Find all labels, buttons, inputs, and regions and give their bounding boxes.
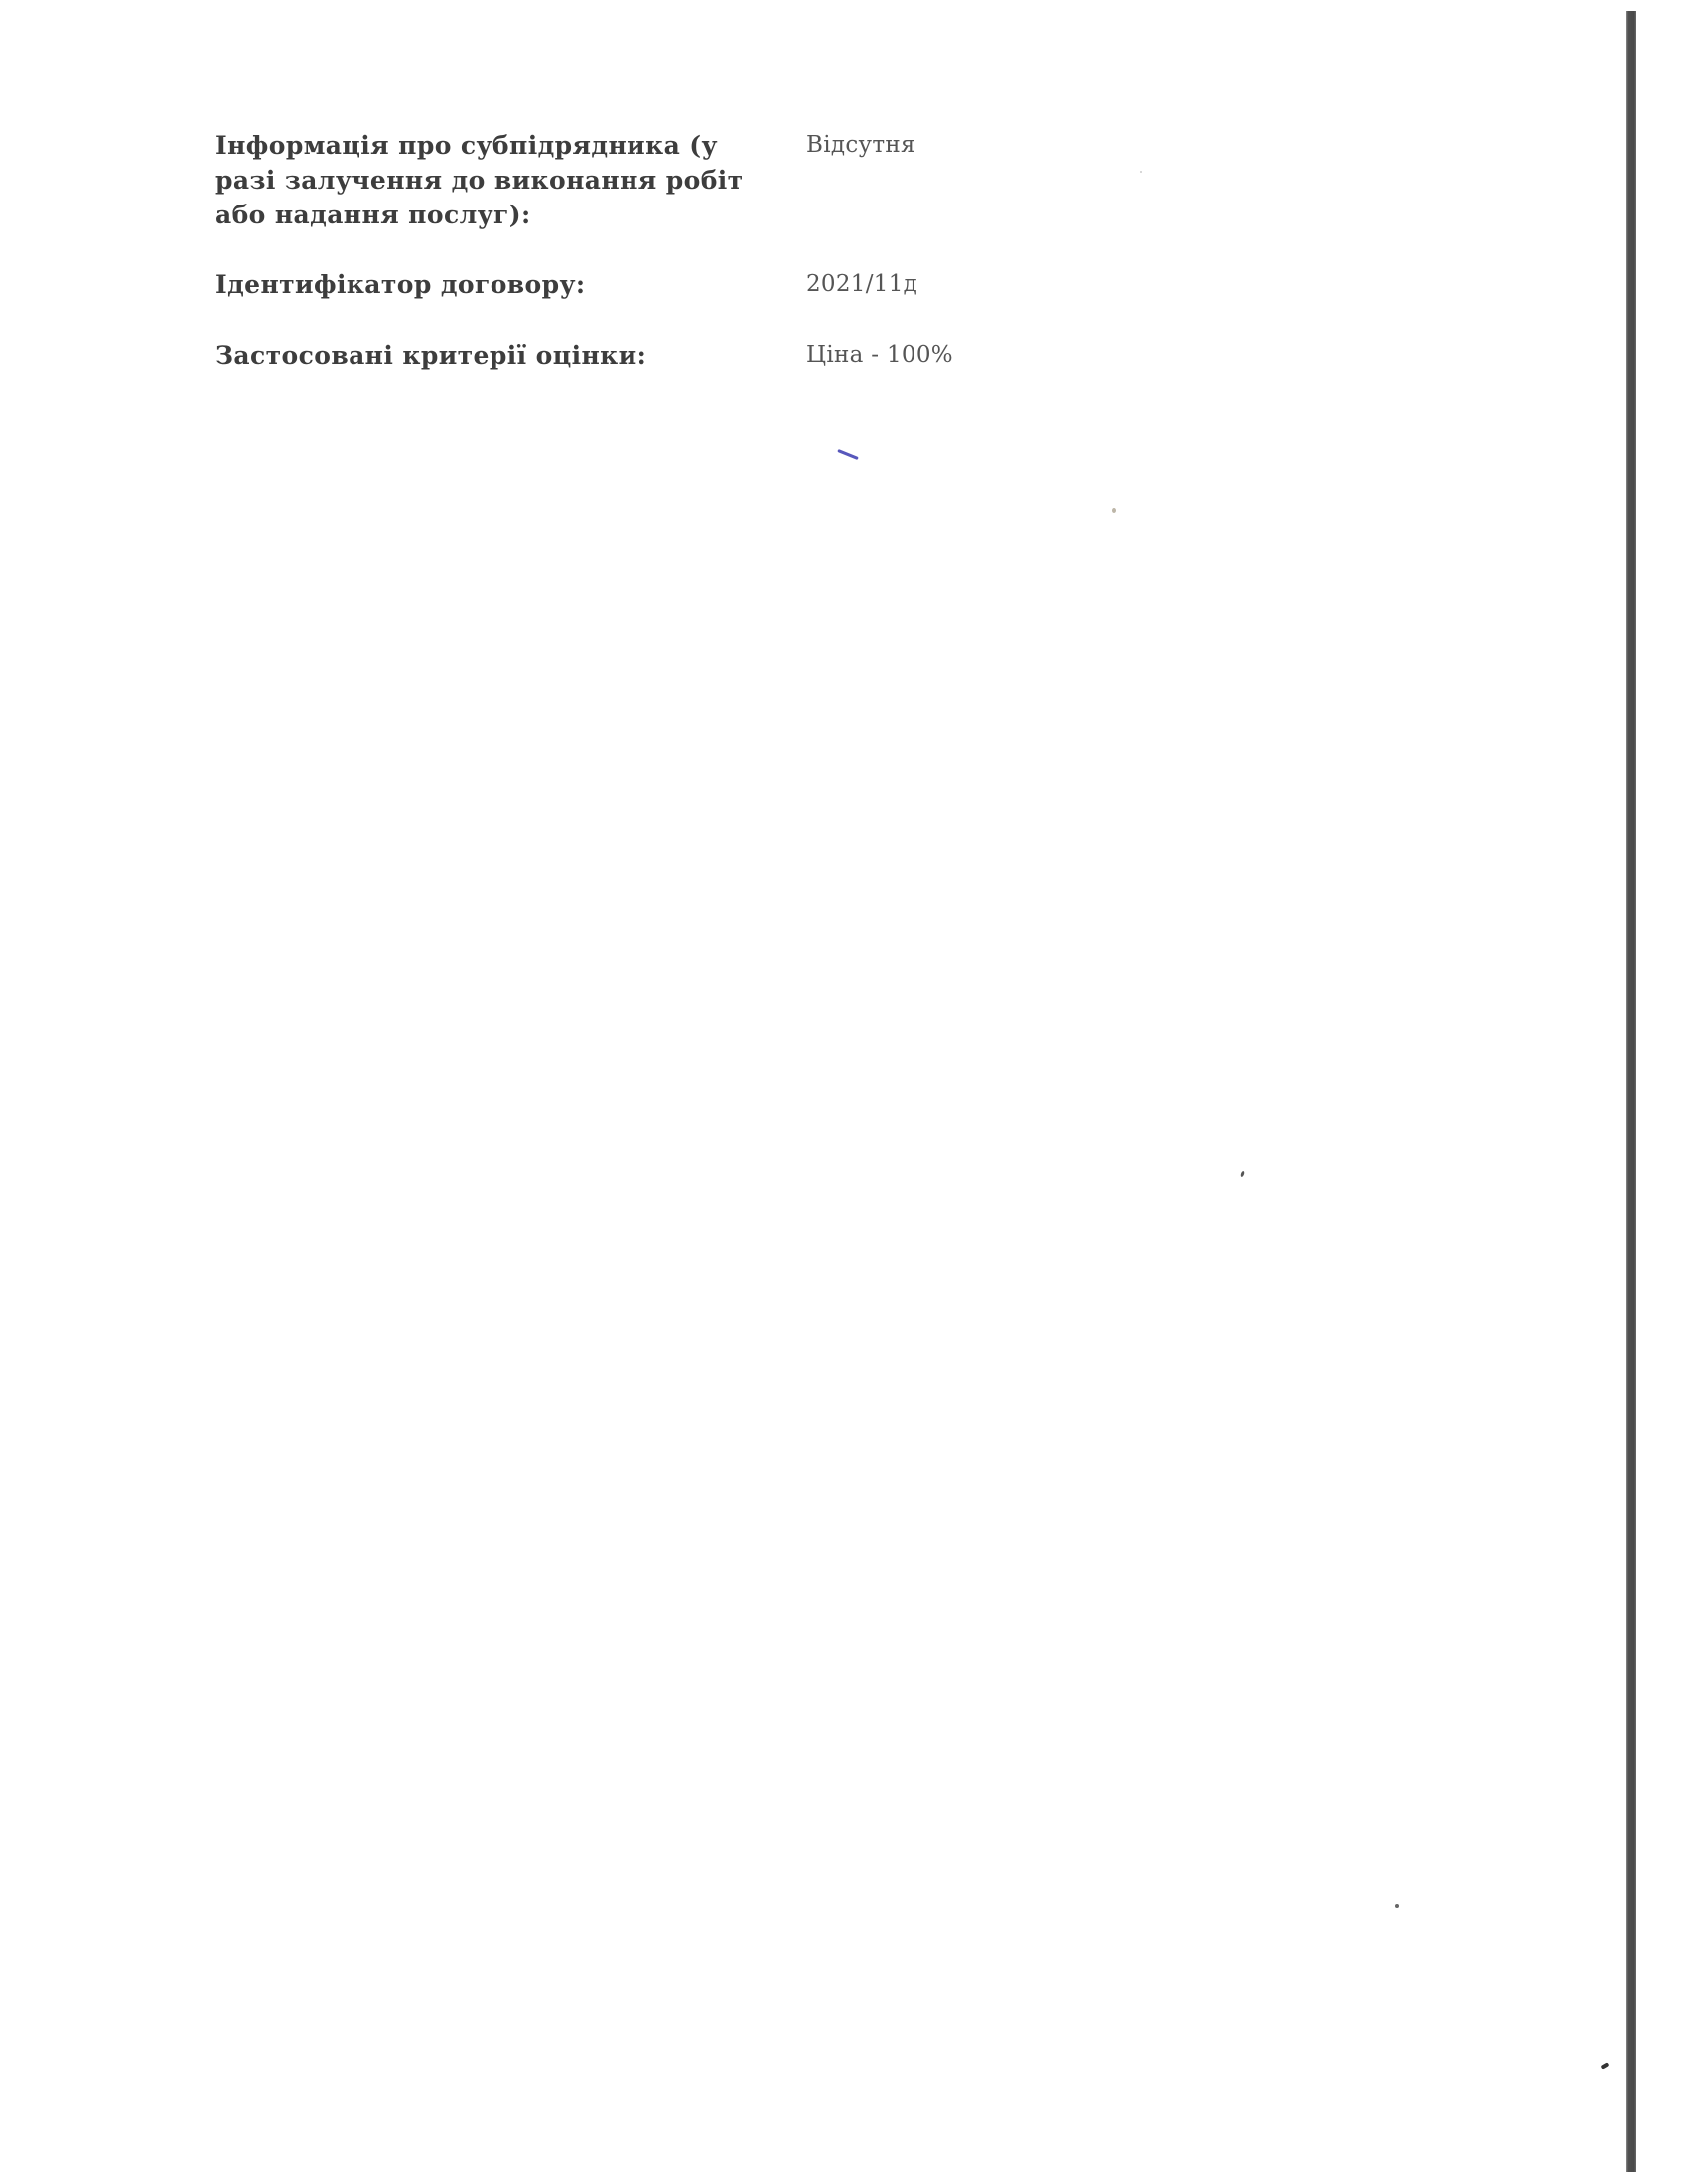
document-page: Інформація про субпідрядника (у разі зал…	[0, 0, 1688, 2184]
label-line: Інформація про субпідрядника (у	[215, 128, 752, 163]
pen-mark	[837, 449, 859, 460]
field-label-criteria: Застосовані критерії оцінки:	[215, 339, 752, 373]
scan-page-edge	[1626, 11, 1636, 2172]
scan-speck	[1140, 171, 1142, 173]
scan-speck	[1240, 1171, 1245, 1178]
field-label-subcontractor: Інформація про субпідрядника (у разі зал…	[215, 128, 752, 232]
label-line: або надання послуг):	[215, 198, 752, 232]
scan-speck	[1395, 1904, 1399, 1908]
field-label-contract-id: Ідентифікатор договору:	[215, 267, 752, 302]
label-line: разі залучення до виконання робіт	[215, 163, 752, 198]
scan-speck	[1601, 2062, 1610, 2069]
field-value-contract-id: 2021/11д	[806, 267, 917, 302]
field-value-criteria: Ціна - 100%	[806, 339, 953, 373]
scan-speck	[1112, 508, 1116, 513]
field-value-subcontractor: Відсутня	[806, 128, 915, 163]
